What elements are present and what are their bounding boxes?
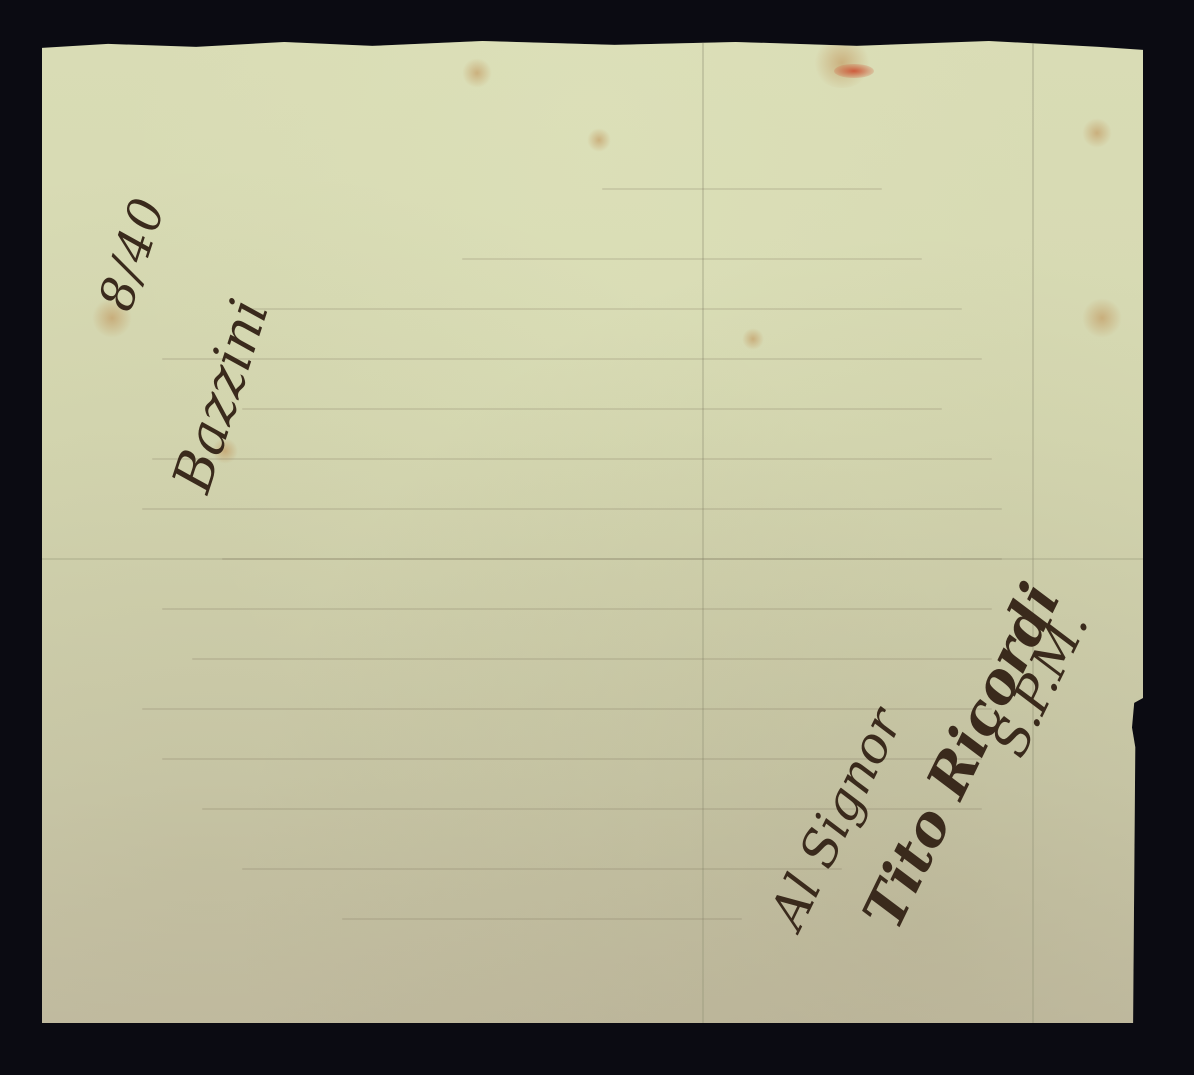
- fold-line-vertical: [1032, 38, 1034, 1023]
- bleed-through-line: [242, 868, 842, 870]
- bleed-through-line: [152, 458, 992, 460]
- wax-seal-remnant: [834, 64, 874, 78]
- bleed-through-line: [462, 258, 922, 260]
- fold-line-vertical: [702, 38, 704, 1023]
- foxing-stain: [462, 58, 492, 88]
- bleed-through-line: [242, 308, 962, 310]
- foxing-stain: [1082, 298, 1122, 338]
- bleed-through-line: [602, 188, 882, 190]
- bleed-through-line: [192, 658, 992, 660]
- letter-sheet: [42, 38, 1143, 1023]
- foxing-stain: [742, 328, 764, 350]
- bleed-through-line: [142, 508, 1002, 510]
- foxing-stain: [1082, 118, 1112, 148]
- bleed-through-line: [342, 918, 742, 920]
- bleed-through-line: [222, 558, 1002, 560]
- bleed-through-line: [162, 358, 982, 360]
- bleed-through-line: [162, 608, 992, 610]
- bleed-through-line: [242, 408, 942, 410]
- foxing-stain: [587, 128, 611, 152]
